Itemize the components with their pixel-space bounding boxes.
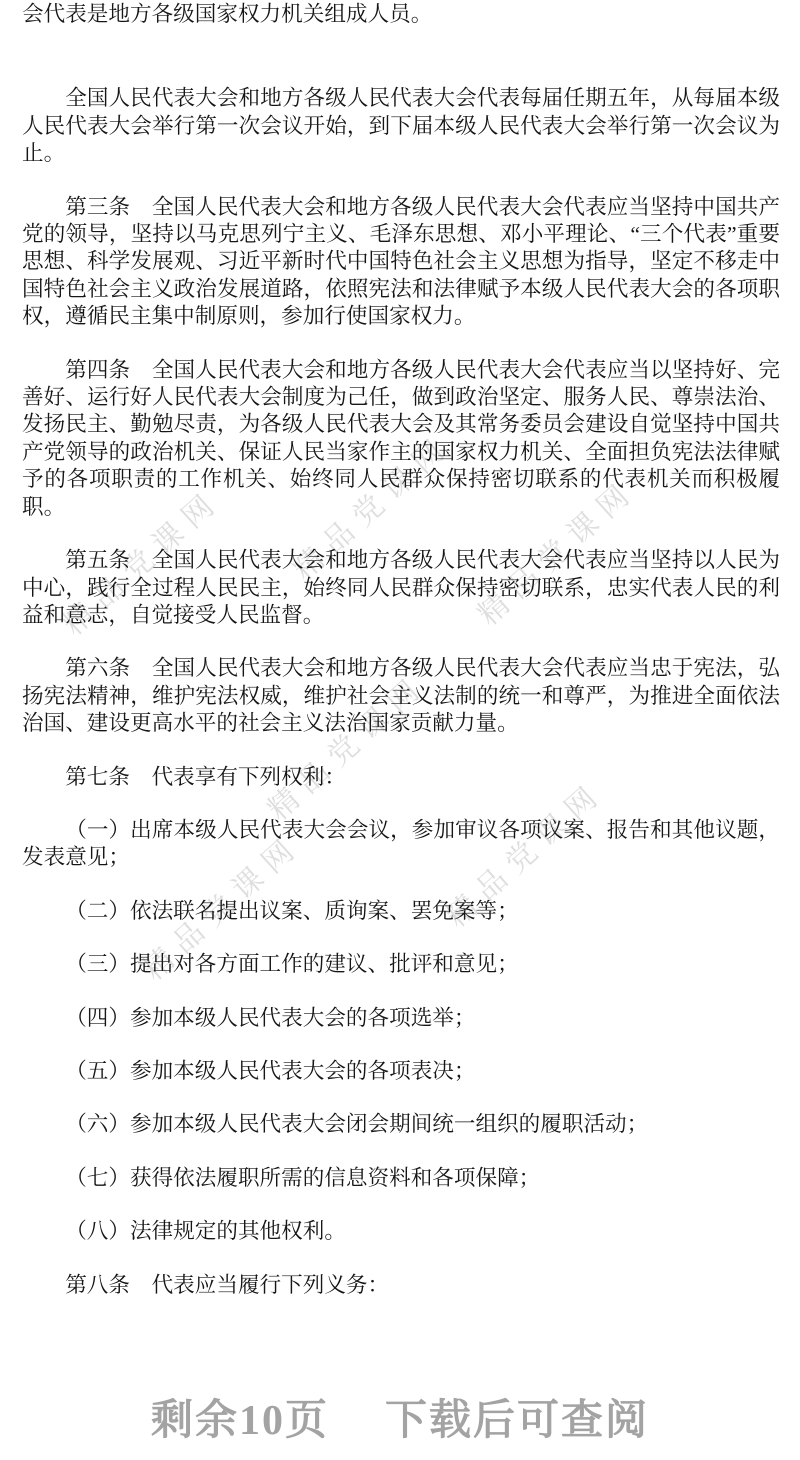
rights-item-3: （三）提出对各方面工作的建议、批评和意见；	[22, 951, 780, 978]
term-paragraph: 全国人民代表大会和地方各级人民代表大会代表每届任期五年，从每届本级人民代表大会举…	[22, 85, 780, 167]
continuation-text: 会代表是地方各级国家权力机关组成人员。	[22, 1, 780, 28]
rights-item-4: （四）参加本级人民代表大会的各项选举；	[22, 1005, 780, 1032]
download-hint-text: 下载后可查阅	[385, 1398, 649, 1444]
article-8-heading: 第八条 代表应当履行下列义务：	[22, 1272, 780, 1299]
article-6: 第六条 全国人民代表大会和地方各级人民代表大会代表应当忠于宪法，弘扬宪法精神，维…	[22, 655, 780, 737]
rights-item-1: （一）出席本级人民代表大会会议，参加审议各项议案、报告和其他议题，发表意见；	[22, 817, 780, 872]
rights-item-8: （八）法律规定的其他权利。	[22, 1218, 780, 1245]
document-page: 精品党课网精品党课网精品党课网精品党课网精品党课网精品党课网 会代表是地方各级国…	[0, 0, 800, 1460]
document-body: 会代表是地方各级国家权力机关组成人员。 全国人民代表大会和地方各级人民代表大会代…	[0, 0, 800, 1299]
remaining-pages-banner: 剩余10页下载后可查阅	[0, 1387, 800, 1447]
article-4: 第四条 全国人民代表大会和地方各级人民代表大会代表应当以坚持好、完善好、运行好人…	[22, 357, 780, 521]
article-7-heading: 第七条 代表享有下列权利：	[22, 764, 780, 791]
article-5: 第五条 全国人民代表大会和地方各级人民代表大会代表应当坚持以人民为中心，践行全过…	[22, 547, 780, 629]
rights-item-6: （六）参加本级人民代表大会闭会期间统一组织的履职活动；	[22, 1111, 780, 1138]
rights-item-5: （五）参加本级人民代表大会的各项表决；	[22, 1058, 780, 1085]
article-3: 第三条 全国人民代表大会和地方各级人民代表大会代表应当坚持中国共产党的领导，坚持…	[22, 194, 780, 331]
remaining-pages-text: 剩余10页	[151, 1398, 329, 1444]
rights-item-2: （二）依法联名提出议案、质询案、罢免案等；	[22, 898, 780, 925]
rights-item-7: （七）获得依法履职所需的信息资料和各项保障；	[22, 1165, 780, 1192]
